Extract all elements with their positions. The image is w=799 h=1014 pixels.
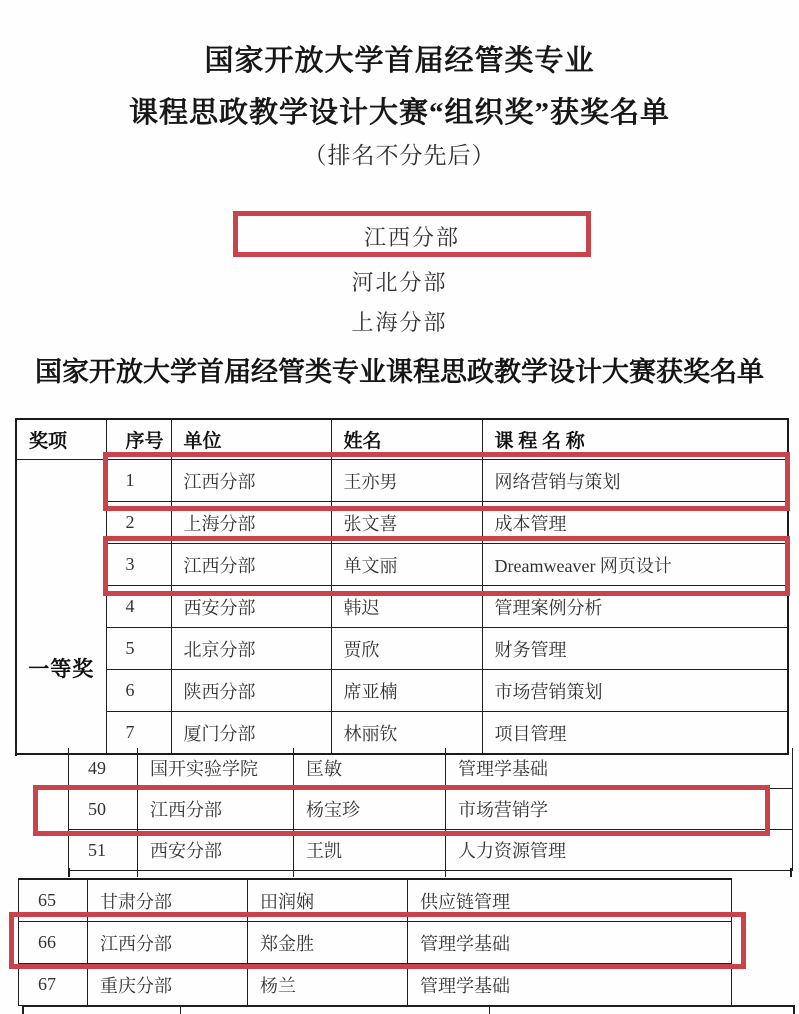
highlight-box-row-1 bbox=[103, 452, 790, 511]
doc-title-line1: 国家开放大学首届经管类专业 bbox=[0, 38, 799, 79]
document-page: 国家开放大学首届经管类专业 课程思政教学设计大赛“组织奖”获奖名单 （排名不分先… bbox=[0, 0, 799, 1014]
doc-title-line2: 课程思政教学设计大赛“组织奖”获奖名单 bbox=[0, 90, 799, 131]
cell-name: 席亚楠 bbox=[331, 670, 482, 712]
cell-name: 杨兰 bbox=[248, 964, 408, 1006]
table-row: 5 北京分部 贾欣 财务管理 bbox=[16, 628, 788, 670]
cell-unit: 陕西分部 bbox=[171, 670, 331, 712]
org-award-item-shanghai: 上海分部 bbox=[0, 306, 799, 337]
cell-unit: 重庆分部 bbox=[88, 964, 248, 1006]
cell-course: 管理学基础 bbox=[446, 748, 793, 789]
cell-unit: 北京分部 bbox=[171, 628, 331, 670]
cell-name: 贾欣 bbox=[331, 628, 482, 670]
table-row: 6 陕西分部 席亚楠 市场营销策划 bbox=[16, 670, 788, 712]
cell-course: 财务管理 bbox=[482, 628, 788, 670]
award-group-cell: 一等奖 bbox=[16, 460, 106, 755]
highlight-box-row-3 bbox=[103, 536, 790, 596]
cell-no: 49 bbox=[69, 748, 138, 789]
cell-course: 市场营销策划 bbox=[482, 670, 788, 712]
cell-name: 匡敏 bbox=[294, 748, 446, 789]
cell-no: 6 bbox=[106, 670, 171, 712]
cell-unit: 国开实验学院 bbox=[138, 748, 294, 789]
winners-list-title: 国家开放大学首届经管类专业课程思政教学设计大赛获奖名单 bbox=[0, 350, 799, 389]
cell-course: 管理学基础 bbox=[408, 964, 732, 1006]
org-award-item-hebei: 河北分部 bbox=[0, 266, 799, 297]
award-group-label: 一等奖 bbox=[17, 460, 106, 683]
highlight-box-jiangxi-org: 江西分部 bbox=[233, 211, 591, 257]
highlight-box-row-50 bbox=[33, 785, 770, 836]
header-award: 奖项 bbox=[16, 419, 106, 460]
org-award-item-jiangxi: 江西分部 bbox=[238, 221, 586, 252]
highlight-box-row-66 bbox=[9, 912, 746, 969]
table-row: 49 国开实验学院 匡敏 管理学基础 bbox=[69, 748, 793, 789]
table-row: 67 重庆分部 杨兰 管理学基础 bbox=[19, 964, 732, 1006]
doc-subtitle: （排名不分先后） bbox=[0, 137, 799, 170]
award-column-dangling-border bbox=[15, 744, 17, 756]
cell-no: 5 bbox=[106, 628, 171, 670]
cell-no: 67 bbox=[19, 964, 88, 1006]
